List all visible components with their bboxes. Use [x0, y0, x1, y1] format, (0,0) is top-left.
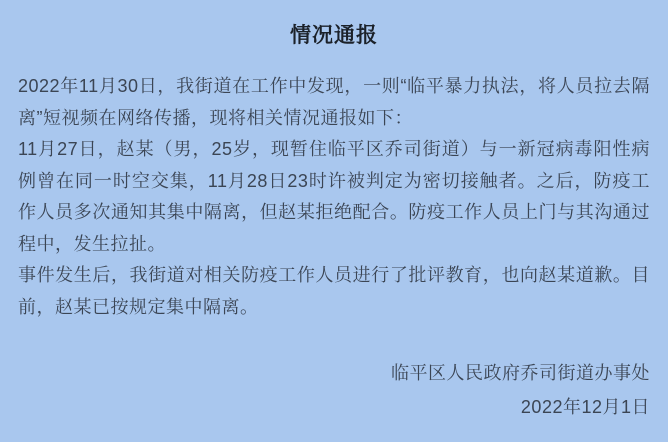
notice-document: 情况通报 2022年11月30日，我街道在工作中发现，一则“临平暴力执法，将人员… — [0, 0, 668, 442]
notice-title: 情况通报 — [18, 25, 650, 47]
notice-paragraph-resolution: 事件发生后，我街道对相关防疫工作人员进行了批评教育，也向赵某道歉。目前，赵某已按… — [18, 260, 650, 323]
notice-signature-block: 临平区人民政府乔司街道办事处 2022年12月1日 — [18, 356, 650, 424]
issue-date: 2022年12月1日 — [18, 390, 650, 424]
notice-paragraph-intro: 2022年11月30日，我街道在工作中发现，一则“临平暴力执法，将人员拉去隔离”… — [18, 71, 650, 134]
notice-body: 2022年11月30日，我街道在工作中发现，一则“临平暴力执法，将人员拉去隔离”… — [18, 71, 650, 323]
issuer-name: 临平区人民政府乔司街道办事处 — [18, 356, 650, 390]
notice-paragraph-incident: 11月27日，赵某（男，25岁，现暂住临平区乔司街道）与一新冠病毒阳性病例曾在同… — [18, 134, 650, 260]
